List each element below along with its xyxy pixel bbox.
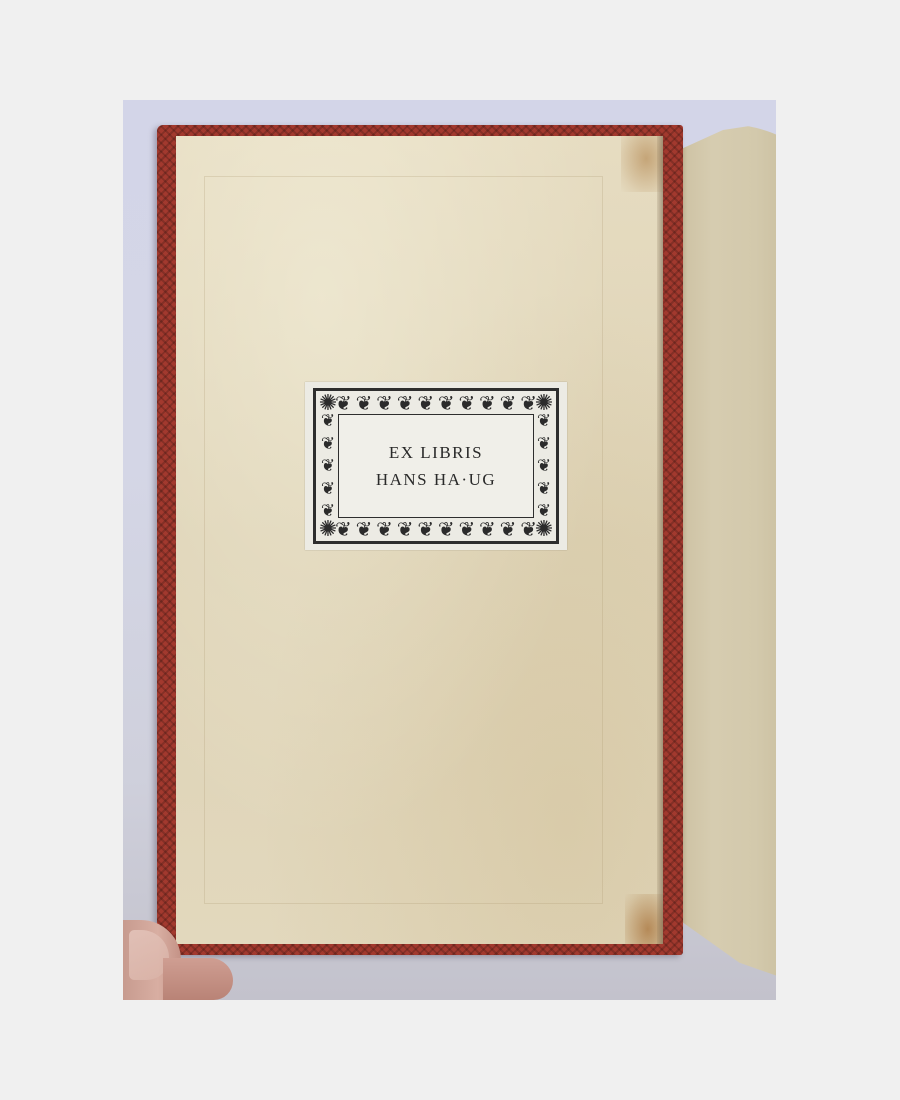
- palmette-icon: ❦: [500, 390, 517, 416]
- palmette-icon: ❦: [321, 502, 335, 520]
- bottom-palmette-border: ❦ ❦ ❦ ❦ ❦ ❦ ❦ ❦ ❦ ❦: [335, 516, 537, 542]
- book-photo: ✺ ✺ ✺ ✺ ❦ ❦ ❦ ❦ ❦ ❦ ❦ ❦ ❦ ❦ ❦ ❦ ❦ ❦ ❦ ❦ …: [123, 100, 776, 1000]
- palmette-icon: ❦: [376, 516, 393, 542]
- palmette-icon: ❦: [537, 457, 551, 475]
- palmette-icon: ❦: [438, 390, 455, 416]
- right-flyleaf-page: [679, 120, 776, 980]
- palmette-icon: ❦: [356, 390, 373, 416]
- palmette-icon: ❦: [376, 390, 393, 416]
- palmette-icon: ❦: [321, 480, 335, 498]
- palmette-icon: ❦: [537, 435, 551, 453]
- bookplate-line-ex-libris: EX LIBRIS: [389, 439, 483, 466]
- palmette-icon: ❦: [321, 412, 335, 430]
- palmette-icon: ❦: [537, 412, 551, 430]
- palmette-icon: ❦: [458, 516, 475, 542]
- palmette-icon: ❦: [458, 390, 475, 416]
- palmette-icon: ❦: [438, 516, 455, 542]
- finger: [163, 958, 233, 1000]
- palmette-icon: ❦: [417, 516, 434, 542]
- palmette-icon: ❦: [500, 516, 517, 542]
- palmette-icon: ❦: [417, 390, 434, 416]
- palmette-icon: ❦: [479, 516, 496, 542]
- right-palmette-border: ❦ ❦ ❦ ❦ ❦: [531, 412, 557, 520]
- palmette-icon: ❦: [537, 502, 551, 520]
- palmette-icon: ❦: [321, 435, 335, 453]
- gutter-shadow: [657, 136, 663, 944]
- palmette-icon: ❦: [537, 480, 551, 498]
- bookplate-line-owner-name: HANS HA·UG: [376, 466, 496, 493]
- palmette-icon: ❦: [397, 516, 414, 542]
- ex-libris-bookplate: ✺ ✺ ✺ ✺ ❦ ❦ ❦ ❦ ❦ ❦ ❦ ❦ ❦ ❦ ❦ ❦ ❦ ❦ ❦ ❦ …: [305, 382, 567, 550]
- bookplate-text-panel: EX LIBRIS HANS HA·UG: [338, 414, 534, 518]
- palmette-icon: ❦: [356, 516, 373, 542]
- palmette-icon: ❦: [397, 390, 414, 416]
- top-palmette-border: ❦ ❦ ❦ ❦ ❦ ❦ ❦ ❦ ❦ ❦: [335, 390, 537, 416]
- palmette-icon: ❦: [321, 457, 335, 475]
- palmette-icon: ❦: [479, 390, 496, 416]
